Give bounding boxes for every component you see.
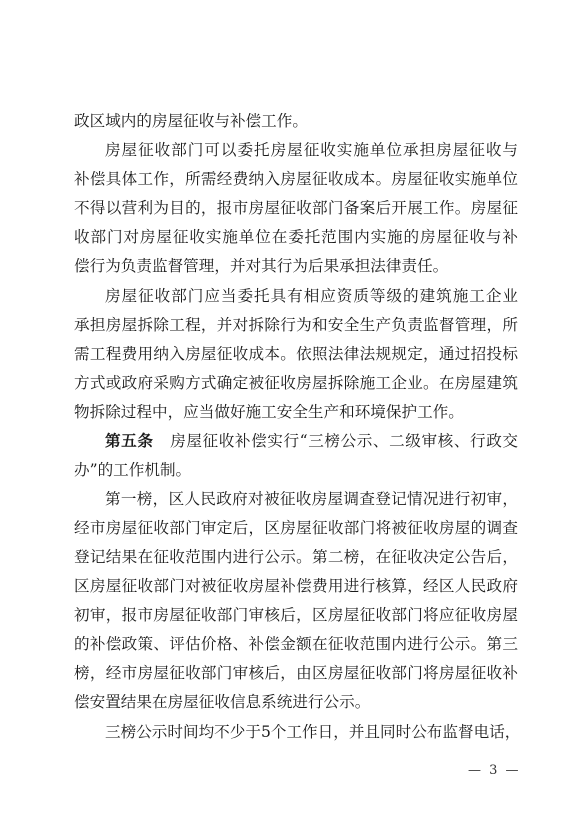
text-line: 需工程费用纳入房屋征收成本。依照法律法规规定，通过招投标 bbox=[74, 344, 518, 364]
text-line: 不得以营利为目的，报市房屋征收部门备案后开展工作。房屋征 bbox=[74, 198, 518, 218]
text-line: 三榜公示时间均不少于5个工作日，并且同时公布监督电话， bbox=[105, 722, 518, 742]
text-line: 补偿具体工作，所需经费纳入房屋征收成本。房屋征收实施单位 bbox=[74, 169, 518, 189]
text-line: 物拆除过程中，应当做好施工安全生产和环境保护工作。 bbox=[74, 402, 518, 422]
text-line: 经市房屋征收部门审定后，区房屋征收部门将被征收房屋的调查 bbox=[74, 518, 518, 538]
text-line: 政区域内的房屋征收与补偿工作。 bbox=[74, 111, 518, 131]
text-line: 收部门对房屋征收实施单位在委托范围内实施的房屋征收与补 bbox=[74, 227, 518, 247]
article-heading-line: 第五条 房屋征收补偿实行“三榜公示、二级审核、行政交 bbox=[105, 431, 518, 451]
text-line: 区房屋征收部门对被征收房屋补偿费用进行核算，经区人民政府 bbox=[74, 576, 518, 596]
text-line: 的补偿政策、评估价格、补偿金额在征收范围内进行公示。第三 bbox=[74, 634, 518, 654]
text-line: 第一榜，区人民政府对被征收房屋调查登记情况进行初审， bbox=[105, 489, 518, 509]
article-text: 房屋征收补偿实行“三榜公示、二级审核、行政交 bbox=[170, 432, 518, 450]
text-line: 办”的工作机制。 bbox=[74, 460, 518, 480]
page-number: — 3 — bbox=[468, 763, 521, 778]
text-line: 承担房屋拆除工程，并对拆除行为和安全生产负责监督管理，所 bbox=[74, 315, 518, 335]
text-line: 初审，报市房屋征收部门审核后，区房屋征收部门将应征收房屋 bbox=[74, 605, 518, 625]
text-line: 方式或政府采购方式确定被征收房屋拆除施工企业。在房屋建筑 bbox=[74, 373, 518, 393]
article-label: 第五条 bbox=[105, 431, 154, 450]
text-line: 榜，经市房屋征收部门审核后，由区房屋征收部门将房屋征收补 bbox=[74, 663, 518, 683]
text-line: 房屋征收部门应当委托具有相应资质等级的建筑施工企业 bbox=[105, 286, 518, 306]
text-line: 登记结果在征收范围内进行公示。第二榜，在征收决定公告后， bbox=[74, 547, 518, 567]
text-line: 房屋征收部门可以委托房屋征收实施单位承担房屋征收与 bbox=[105, 140, 518, 160]
text-line: 偿安置结果在房屋征收信息系统进行公示。 bbox=[74, 692, 518, 712]
document-page: 政区域内的房屋征收与补偿工作。 房屋征收部门可以委托房屋征收实施单位承担房屋征收… bbox=[0, 0, 583, 838]
text-line: 偿行为负责监督管理，并对其行为后果承担法律责任。 bbox=[74, 256, 518, 276]
